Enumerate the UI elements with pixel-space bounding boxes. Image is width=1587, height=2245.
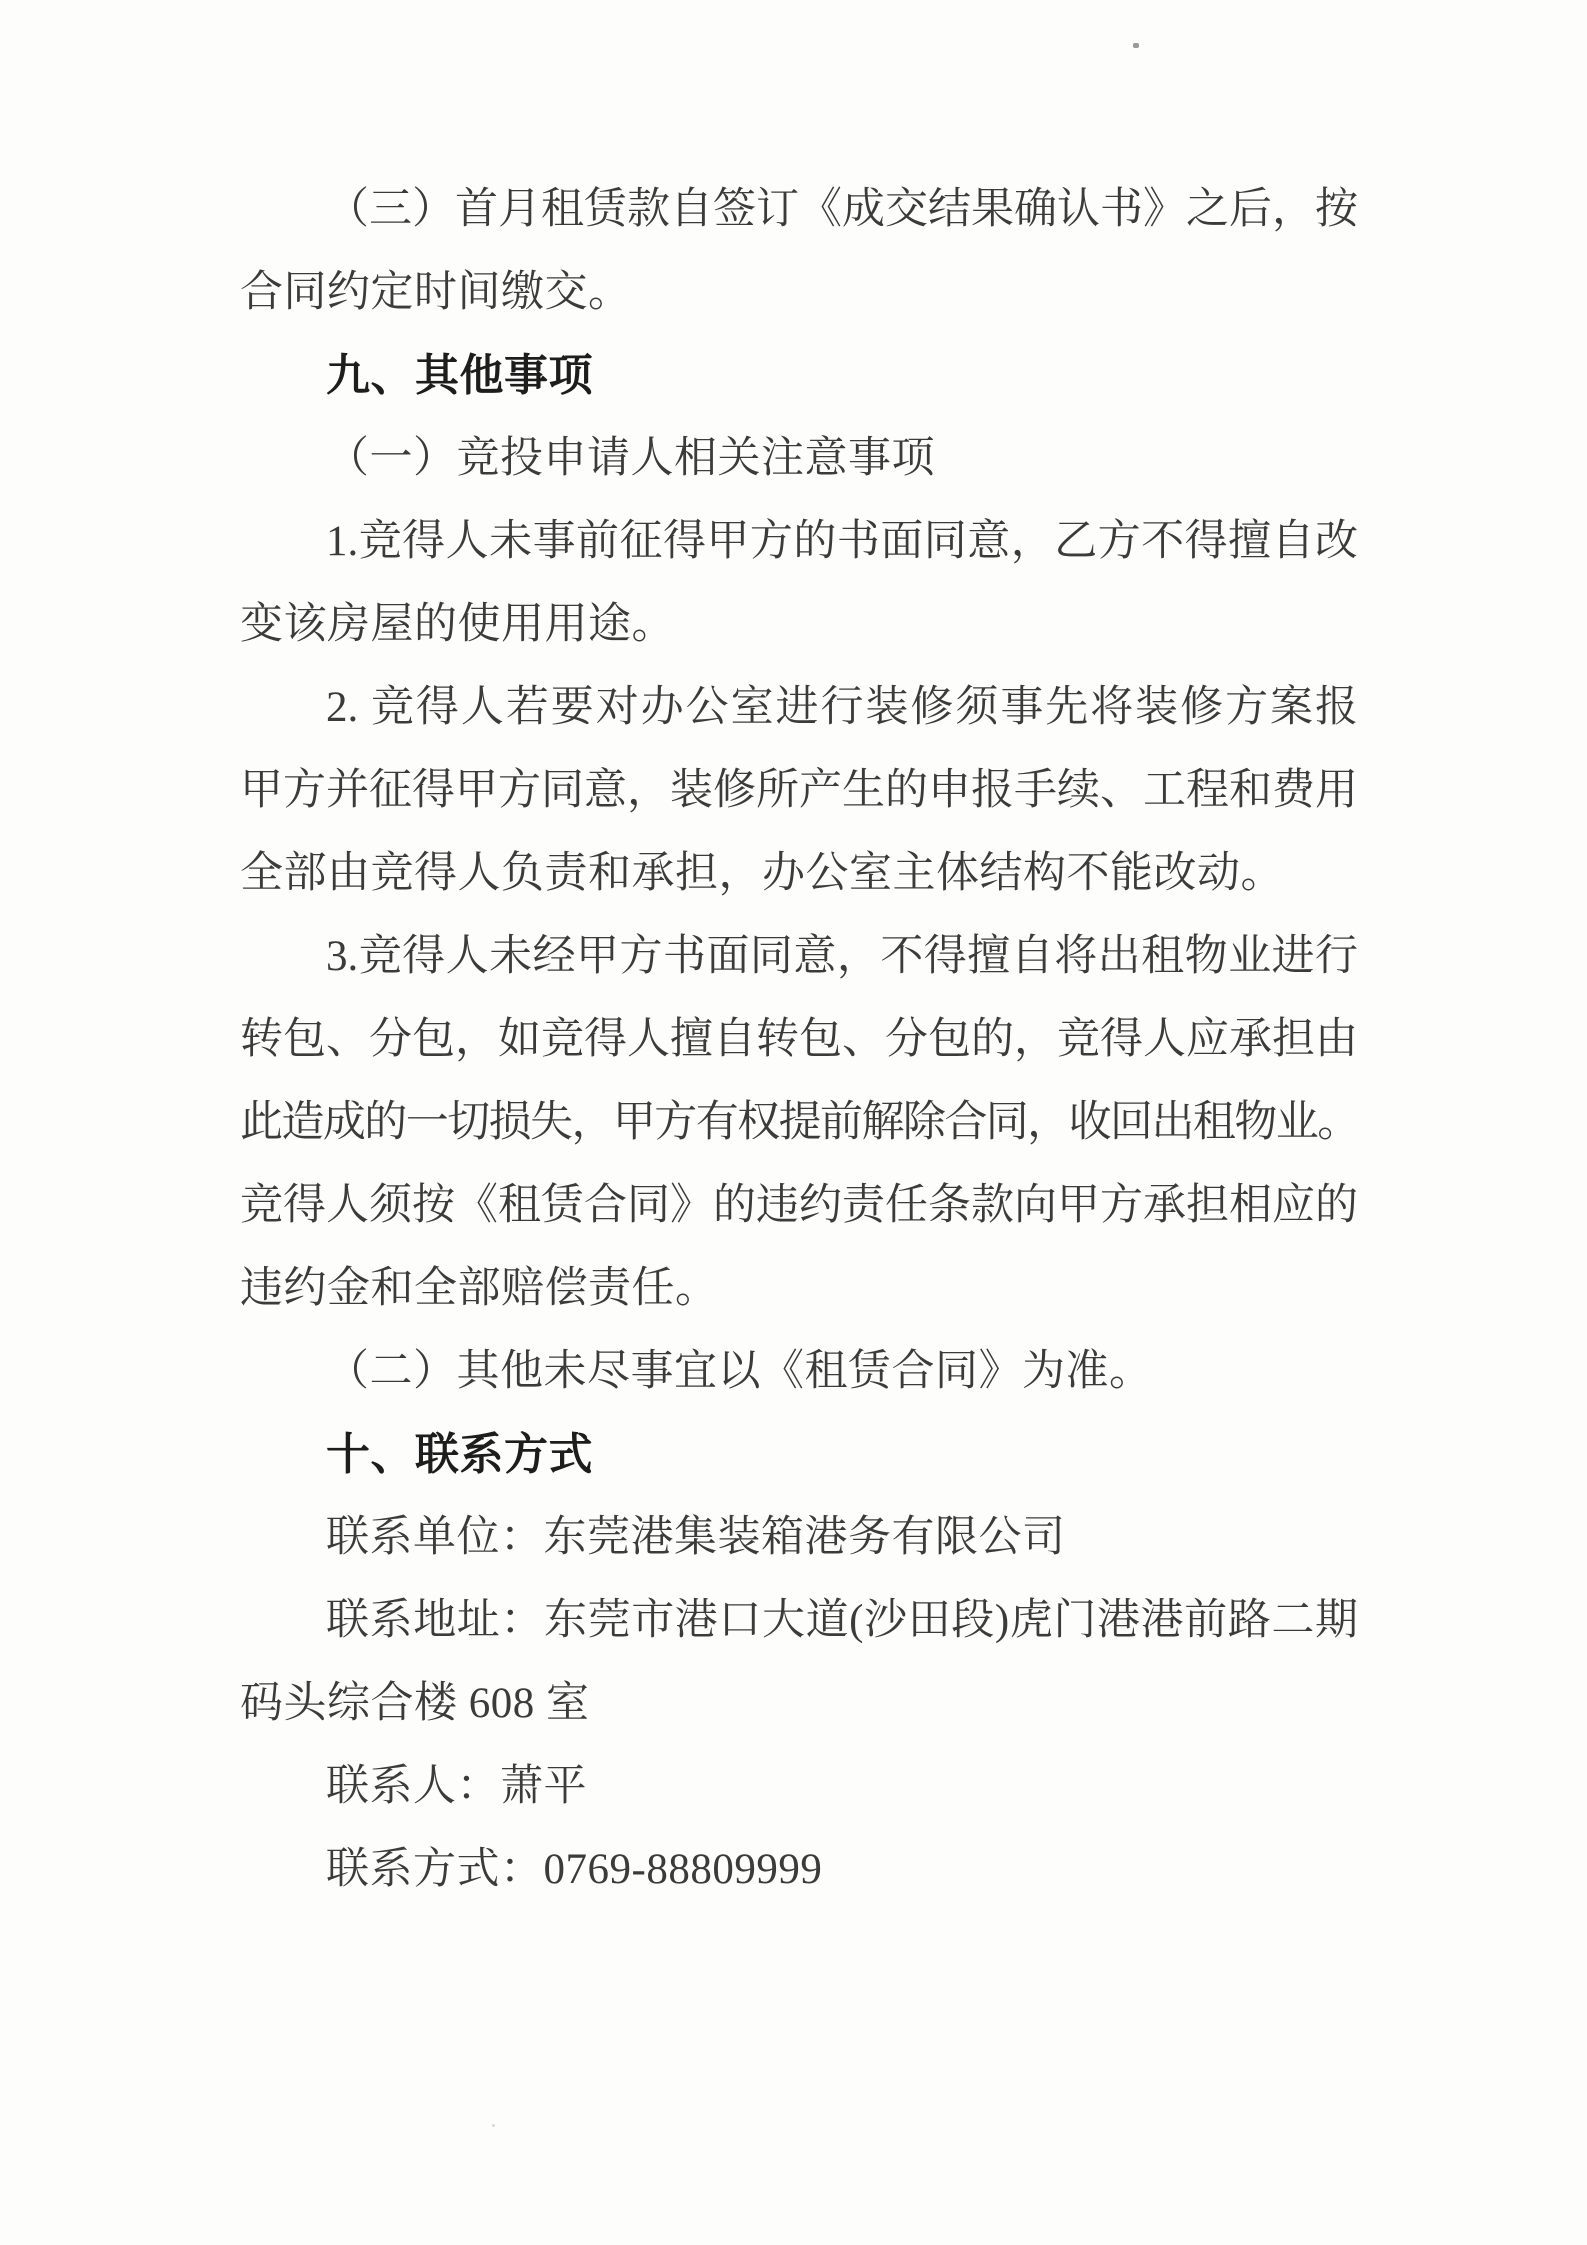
text-line: 联系地址：东莞市港口大道(沙田段)虎门港港前路二期 — [240, 1579, 1358, 1662]
text-line: 2. 竞得人若要对办公室进行装修须事先将装修方案报 — [240, 666, 1358, 749]
section-heading: 十、联系方式 — [240, 1413, 1358, 1496]
text-line: （三）首月租赁款自签订《成交结果确认书》之后，按 — [240, 168, 1358, 251]
text-line: 违约金和全部赔偿责任。 — [240, 1247, 1358, 1330]
text-line: 3.竞得人未经甲方书面同意，不得擅自将出租物业进行 — [240, 915, 1358, 998]
text-line: 1.竞得人未事前征得甲方的书面同意，乙方不得擅自改 — [240, 500, 1358, 583]
text-line: （一）竞投申请人相关注意事项 — [240, 417, 1358, 500]
text-line: 变该房屋的使用用途。 — [240, 583, 1358, 666]
document-text-block: （三）首月租赁款自签订《成交结果确认书》之后，按合同约定时间缴交。九、其他事项（… — [240, 168, 1358, 1911]
scan-noise-speck — [492, 2124, 495, 2127]
scan-noise-speck — [1133, 43, 1139, 48]
text-line: 码头综合楼 608 室 — [240, 1662, 1358, 1745]
text-line: 此造成的一切损失，甲方有权提前解除合同，收回出租物业。 — [240, 1081, 1358, 1164]
text-line: 联系人：萧平 — [240, 1745, 1358, 1828]
section-heading: 九、其他事项 — [240, 334, 1358, 417]
text-line: （二）其他未尽事宜以《租赁合同》为准。 — [240, 1330, 1358, 1413]
text-line: 合同约定时间缴交。 — [240, 251, 1358, 334]
text-line: 联系方式：0769-88809999 — [240, 1828, 1358, 1911]
text-line: 甲方并征得甲方同意，装修所产生的申报手续、工程和费用 — [240, 749, 1358, 832]
text-line: 全部由竞得人负责和承担，办公室主体结构不能改动。 — [240, 832, 1358, 915]
scanned-document-page: （三）首月租赁款自签订《成交结果确认书》之后，按合同约定时间缴交。九、其他事项（… — [0, 0, 1587, 2245]
text-line: 竞得人须按《租赁合同》的违约责任条款向甲方承担相应的 — [240, 1164, 1358, 1247]
text-line: 转包、分包，如竞得人擅自转包、分包的，竞得人应承担由 — [240, 998, 1358, 1081]
text-line: 联系单位：东莞港集装箱港务有限公司 — [240, 1496, 1358, 1579]
